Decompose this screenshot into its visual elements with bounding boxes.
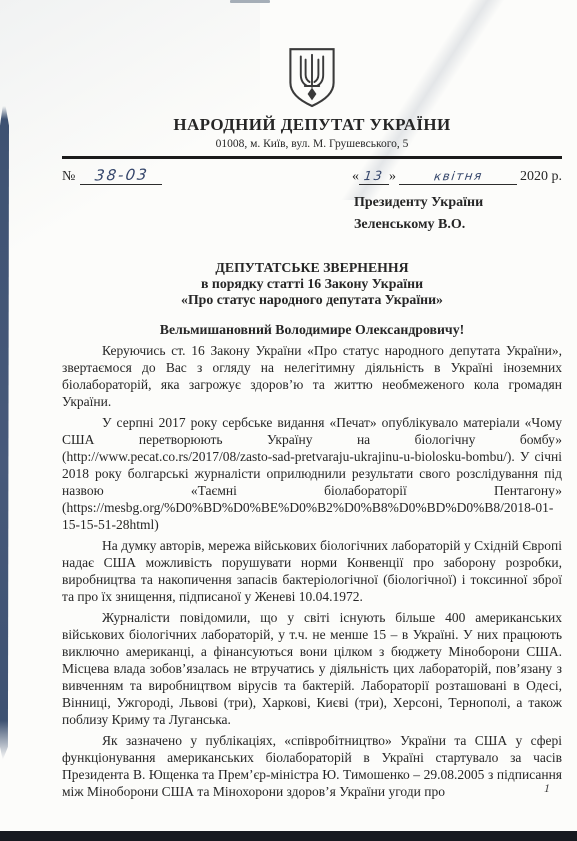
reference-date: «13»квітня2020 р. xyxy=(352,168,562,185)
letter-content: НАРОДНИЙ ДЕПУТАТ УКРАЇНИ 01008, м. Київ,… xyxy=(62,0,562,800)
ukraine-trident-emblem-icon xyxy=(283,46,341,110)
body-paragraph: На думку авторів, мережа військових біол… xyxy=(62,537,562,605)
scan-bottom-edge xyxy=(0,831,577,841)
reference-number: №38-03 xyxy=(62,168,162,185)
date-month-field: квітня xyxy=(399,169,517,185)
body-paragraph: Як зазначено у публікаціях, «співробітни… xyxy=(62,732,562,800)
reference-number-field: 38-03 xyxy=(80,168,162,185)
date-quote-close: » xyxy=(389,169,396,184)
scan-page-edge-shadow xyxy=(0,106,9,760)
date-day-field: 13 xyxy=(359,168,389,185)
handwritten-month: квітня xyxy=(433,169,484,185)
body-paragraph: Керуючись ст. 16 Закону України «Про ста… xyxy=(62,342,562,410)
header-rule xyxy=(62,156,562,159)
salutation: Вельмишановний Володимире Олександровичу… xyxy=(62,322,562,338)
reference-number-label: № xyxy=(62,169,75,184)
subject-title: ДЕПУТАТСЬКЕ ЗВЕРНЕННЯ xyxy=(62,260,562,276)
addressee-line-2: Зеленському В.О. xyxy=(354,214,562,236)
handwritten-number: 38-03 xyxy=(94,168,150,184)
handwritten-day: 13 xyxy=(363,168,385,183)
date-quote-open: « xyxy=(352,169,359,184)
subject-subtitle-2: «Про статус народного депутата України» xyxy=(62,292,562,308)
body-paragraph: У серпні 2017 року сербське видання «Печ… xyxy=(62,414,562,533)
date-year: 2020 р. xyxy=(520,169,562,184)
addressee-block: Президенту України Зеленському В.О. xyxy=(354,192,562,236)
letter-body: Керуючись ст. 16 Закону України «Про ста… xyxy=(62,342,562,800)
body-paragraph: Журналісти повідомили, що у світі існуют… xyxy=(62,609,562,728)
subject-subtitle-1: в порядку статті 16 Закону України xyxy=(62,276,562,292)
addressee-line-1: Президенту України xyxy=(354,192,562,214)
reference-row: №38-03 «13»квітня2020 р. xyxy=(62,168,562,185)
subject-block: ДЕПУТАТСЬКЕ ЗВЕРНЕННЯ в порядку статті 1… xyxy=(62,260,562,308)
organization-title: НАРОДНИЙ ДЕПУТАТ УКРАЇНИ xyxy=(62,115,562,135)
scanned-letter-page: НАРОДНИЙ ДЕПУТАТ УКРАЇНИ 01008, м. Київ,… xyxy=(0,0,577,841)
organization-address: 01008, м. Київ, вул. М. Грушевського, 5 xyxy=(62,137,562,151)
